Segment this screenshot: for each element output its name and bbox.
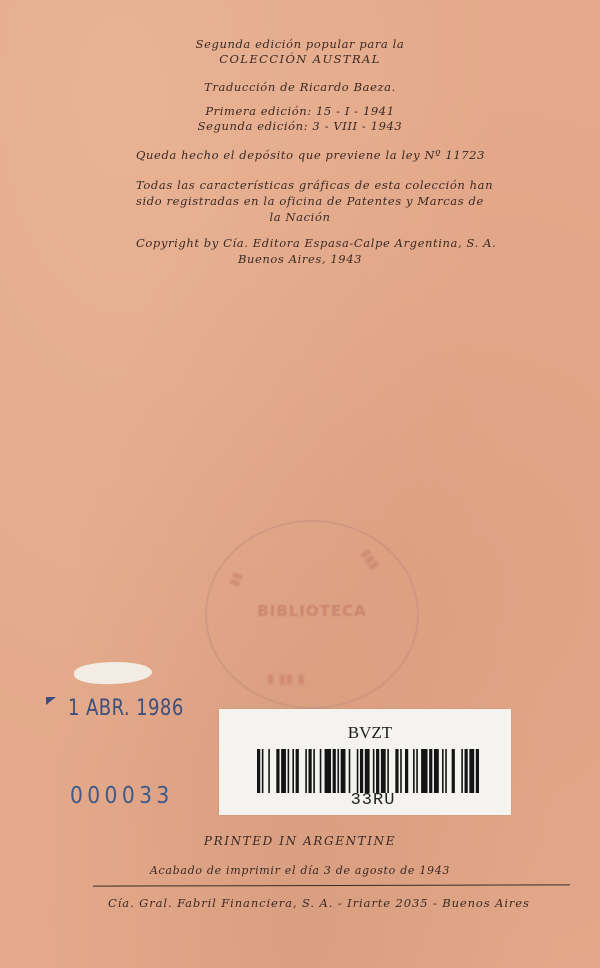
barcode-label-number: 33RU [219,791,511,810]
stamp-arc-mark: ▮▮ [227,570,246,589]
translation-credit: Traducción de Ricardo Baeza. [0,80,600,95]
edition-heading: Segunda edición popular para la COLECCIÓ… [0,37,600,67]
stamp-arc-mark: ▮ ▮▮ ▮ [267,672,305,687]
translator-line: Traducción de Ricardo Baeza. [0,80,600,95]
library-stamp: ▮▮▮ ▮▮ ▮ ▮▮ ▮ BIBLIOTECA [205,520,419,709]
stamp-arc-mark: ▮▮▮ [357,546,382,572]
printer-credit: Cía. Gral. Fabril Financiera, S. A. - Ir… [108,896,530,910]
book-copyright-page: Segunda edición popular para la COLECCIÓ… [0,0,600,968]
accession-number: 000033 [70,783,174,809]
divider-rule [93,884,570,886]
printed-in-notice: PRINTED IN ARGENTINE [0,834,600,848]
edition-dates: Primera edición: 15 - I - 1941 Segunda e… [0,104,600,134]
second-edition-date: Segunda edición: 3 - VIII - 1943 [0,119,600,134]
barcode [257,749,479,793]
library-stamp-text: BIBLIOTECA [207,602,417,620]
registration-line-3: la Nación [0,209,600,225]
barcode-label-code: BVZT [219,723,511,743]
first-edition-date: Primera edición: 15 - I - 1941 [0,104,600,119]
print-completion-date: Acabado de imprimir el día 3 de agosto d… [0,864,600,877]
date-stamp: 1 ABR. 1986 [68,696,184,721]
barcode-label: BVZT 33RU [219,709,511,815]
white-tape-patch [73,660,152,686]
copyright-line-1: Copyright by Cía. Editora Espasa-Calpe A… [136,235,496,251]
copyright-line-2: Buenos Aires, 1943 [0,251,600,267]
legal-deposit-notice: Queda hecho el depósito que previene la … [136,147,485,163]
registration-line-1: Todas las características gráficas de es… [136,177,493,193]
collection-name: COLECCIÓN AUSTRAL [0,52,600,67]
edition-line: Segunda edición popular para la [0,37,600,52]
registration-line-2: sido registradas en la oficina de Patent… [136,193,484,209]
stamp-corner-mark [46,697,56,705]
